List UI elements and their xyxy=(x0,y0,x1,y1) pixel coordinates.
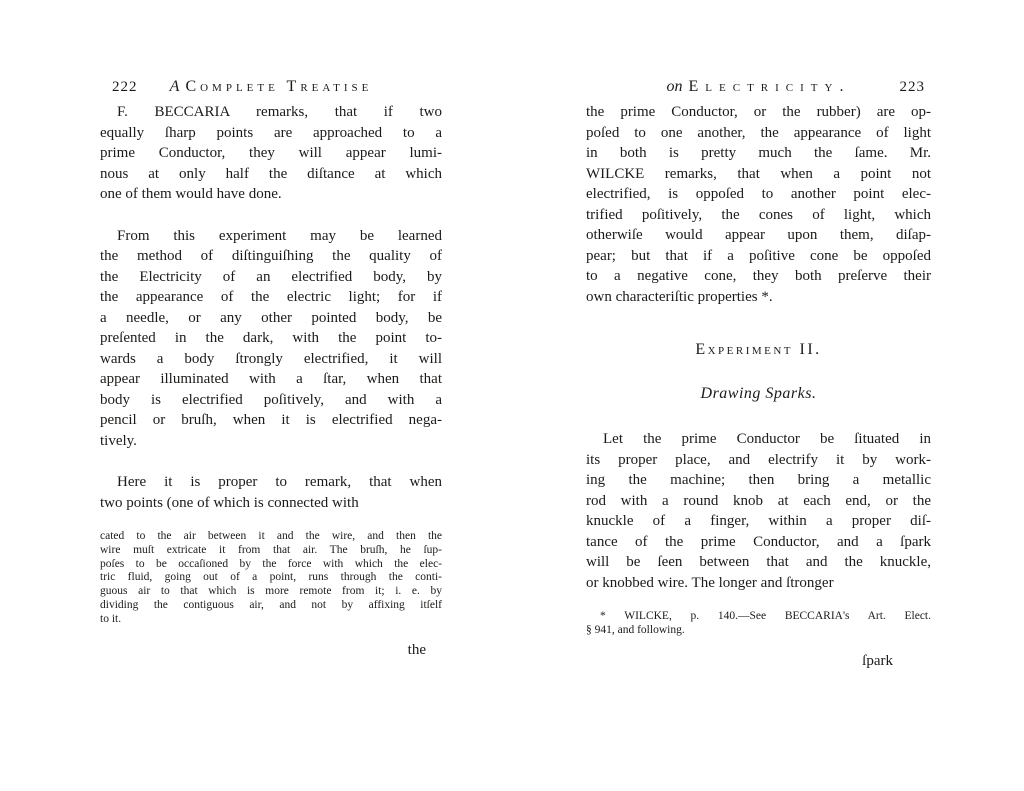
text-line: tively. xyxy=(100,431,442,452)
text-line: wire muſt extricate it from that air. Th… xyxy=(100,544,442,558)
text-line: Let the prime Conductor be ſituated in xyxy=(586,429,931,450)
text-line: rod with a round knob at each end, or th… xyxy=(586,491,931,512)
text-line: the method of diſtinguiſhing the quality… xyxy=(100,246,442,267)
text-line: electrified, is oppoſed to another point… xyxy=(586,184,931,205)
text-line: prime Conductor, they will appear lumi- xyxy=(100,143,442,164)
right-body-text: the prime Conductor, or the rubber) are … xyxy=(586,102,931,593)
text-line: the Electricity of an electrified body, … xyxy=(100,267,442,288)
text-line: equally ſharp points are approached to a xyxy=(100,123,442,144)
running-title-italic-word: on xyxy=(667,78,683,95)
text-line: poſed to one another, the appearance of … xyxy=(586,123,931,144)
text-line: a needle, or any other pointed body, be xyxy=(100,308,442,329)
text-line: to a negative cone, they both preſerve t… xyxy=(586,266,931,287)
text-line: WILCKE remarks, that when a point not xyxy=(586,164,931,185)
paragraph: From this experiment may be learnedthe m… xyxy=(100,226,442,452)
text-line: own characteriſtic properties *. xyxy=(586,287,931,308)
text-line: appear illuminated with a ſtar, when tha… xyxy=(100,369,442,390)
text-line: pencil or bruſh, when it is electrified … xyxy=(100,410,442,431)
left-footnote: cated to the air between it and the wire… xyxy=(100,530,442,627)
text-line: tric fluid, going out of a point, runs t… xyxy=(100,571,442,585)
text-line: will be ſeen between that and the knuckl… xyxy=(586,552,931,573)
right-footnote: * WILCKE, p. 140.—See BECCARIA's Art. El… xyxy=(586,610,931,638)
right-page: onElectricity. 223 the prime Conductor, … xyxy=(586,78,931,670)
text-line: poſes to be occaſioned by the force with… xyxy=(100,558,442,572)
paragraph: the prime Conductor, or the rubber) are … xyxy=(586,102,931,307)
text-line: guous air to that which is more remote f… xyxy=(100,585,442,599)
text-line: From this experiment may be learned xyxy=(100,226,442,247)
text-line: § 941, and following. xyxy=(586,624,931,638)
text-line: trified poſitively, the cones of light, … xyxy=(586,205,931,226)
text-line: or knobbed wire. The longer and ſtronger xyxy=(586,573,931,594)
left-page-header: 222 AComplete Treatise xyxy=(100,78,442,99)
running-title-text: Complete Treatise xyxy=(185,78,372,95)
book-scan: 222 AComplete Treatise F. BECCARIA remar… xyxy=(0,0,1024,791)
running-title-italic-word: A xyxy=(170,78,180,95)
text-line: knuckle of a finger, within a proper diſ… xyxy=(586,511,931,532)
paragraph: Let the prime Conductor be ſituated init… xyxy=(586,429,931,593)
text-line: wards a body ſtrongly electrified, it wi… xyxy=(100,349,442,370)
text-line: Here it is proper to remark, that when xyxy=(100,472,442,493)
right-page-header: onElectricity. 223 xyxy=(586,78,931,99)
experiment-subheading: Drawing Sparks. xyxy=(586,384,931,405)
text-line: tance of the prime Conductor, and a ſpar… xyxy=(586,532,931,553)
text-line: otherwiſe would appear upon them, diſap- xyxy=(586,225,931,246)
text-line: in both is pretty much the ſame. Mr. xyxy=(586,143,931,164)
text-line: the prime Conductor, or the rubber) are … xyxy=(586,102,931,123)
text-line: pear; but that if a poſitive cone be opp… xyxy=(586,246,931,267)
paragraph: F. BECCARIA remarks, that if twoequally … xyxy=(100,102,442,205)
text-line: one of them would have done. xyxy=(100,184,442,205)
left-page: 222 AComplete Treatise F. BECCARIA remar… xyxy=(100,78,442,659)
paragraph: Here it is proper to remark, that whentw… xyxy=(100,472,442,513)
text-line: the appearance of the electric light; fo… xyxy=(100,287,442,308)
text-line: body is electrified poſitively, and with… xyxy=(100,390,442,411)
text-line: preſented in the dark, with the point to… xyxy=(100,328,442,349)
left-running-title: AComplete Treatise xyxy=(100,78,442,96)
text-line: F. BECCARIA remarks, that if two xyxy=(100,102,442,123)
text-line: nous at only half the diſtance at which xyxy=(100,164,442,185)
right-running-title: onElectricity. xyxy=(586,78,931,96)
left-body-text: F. BECCARIA remarks, that if twoequally … xyxy=(100,102,442,513)
left-catchword: the xyxy=(100,642,442,659)
left-page-number: 222 xyxy=(112,79,138,96)
experiment-heading: Experiment II. xyxy=(586,340,931,361)
text-line: * WILCKE, p. 140.—See BECCARIA's Art. El… xyxy=(586,610,931,624)
right-catchword: ſpark xyxy=(586,653,931,670)
text-line: two points (one of which is connected wi… xyxy=(100,493,442,514)
text-line: its proper place, and electrify it by wo… xyxy=(586,450,931,471)
text-line: ing the machine; then bring a metallic xyxy=(586,470,931,491)
text-line: dividing the contiguous air, and not by … xyxy=(100,599,442,613)
text-line: cated to the air between it and the wire… xyxy=(100,530,442,544)
running-title-text: Electricity. xyxy=(689,78,851,95)
right-page-number: 223 xyxy=(900,79,926,96)
text-line: to it. xyxy=(100,613,442,627)
